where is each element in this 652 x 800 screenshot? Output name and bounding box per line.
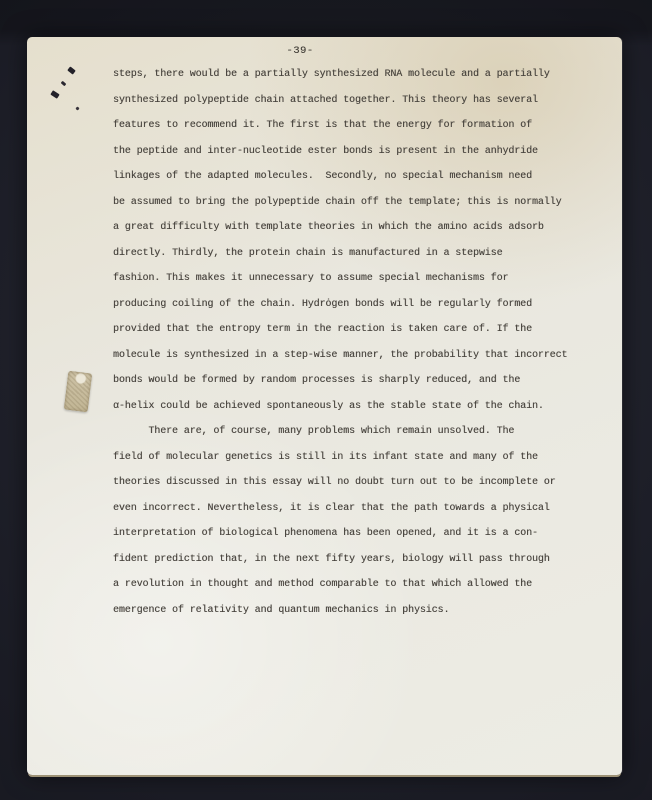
page-number: -39-: [260, 44, 340, 58]
document-page: -39- steps, there would be a partially s…: [27, 37, 622, 775]
text-line: a great difficulty with template theorie…: [113, 215, 567, 241]
scanned-photo-background: -39- steps, there would be a partially s…: [0, 0, 652, 800]
text-line: fashion. This makes it unnecessary to as…: [113, 266, 567, 292]
text-line: interpretation of biological phenomena h…: [113, 521, 567, 547]
text-line: emergence of relativity and quantum mech…: [113, 598, 567, 624]
text-line: provided that the entropy term in the re…: [113, 317, 567, 343]
tape-sticker-remnant: [64, 371, 93, 413]
text-line: producing coiling of the chain. Hydrȯgen…: [113, 292, 567, 318]
text-line: There are, of course, many problems whic…: [113, 419, 567, 445]
typewritten-text-block: steps, there would be a partially synthe…: [113, 62, 567, 623]
text-line: be assumed to bring the polypeptide chai…: [113, 190, 567, 216]
text-line: the peptide and inter-nucleotide ester b…: [113, 139, 567, 165]
pencil-mark: [75, 106, 79, 110]
text-line: linkages of the adapted molecules. Secon…: [113, 164, 567, 190]
text-line: a revolution in thought and method compa…: [113, 572, 567, 598]
pencil-mark: [67, 66, 76, 74]
text-line: directly. Thirdly, the protein chain is …: [113, 241, 567, 267]
text-line: α-helix could be achieved spontaneously …: [113, 394, 567, 420]
text-line: synthesized polypeptide chain attached t…: [113, 88, 567, 114]
pencil-mark: [50, 90, 59, 99]
pencil-mark: [61, 81, 67, 87]
text-line: molecule is synthesized in a step-wise m…: [113, 343, 567, 369]
text-line: features to recommend it. The first is t…: [113, 113, 567, 139]
text-line: even incorrect. Nevertheless, it is clea…: [113, 496, 567, 522]
text-line: theories discussed in this essay will no…: [113, 470, 567, 496]
text-line: steps, there would be a partially synthe…: [113, 62, 567, 88]
text-line: field of molecular genetics is still in …: [113, 445, 567, 471]
text-line: bonds would be formed by random processe…: [113, 368, 567, 394]
text-line: fident prediction that, in the next fift…: [113, 547, 567, 573]
